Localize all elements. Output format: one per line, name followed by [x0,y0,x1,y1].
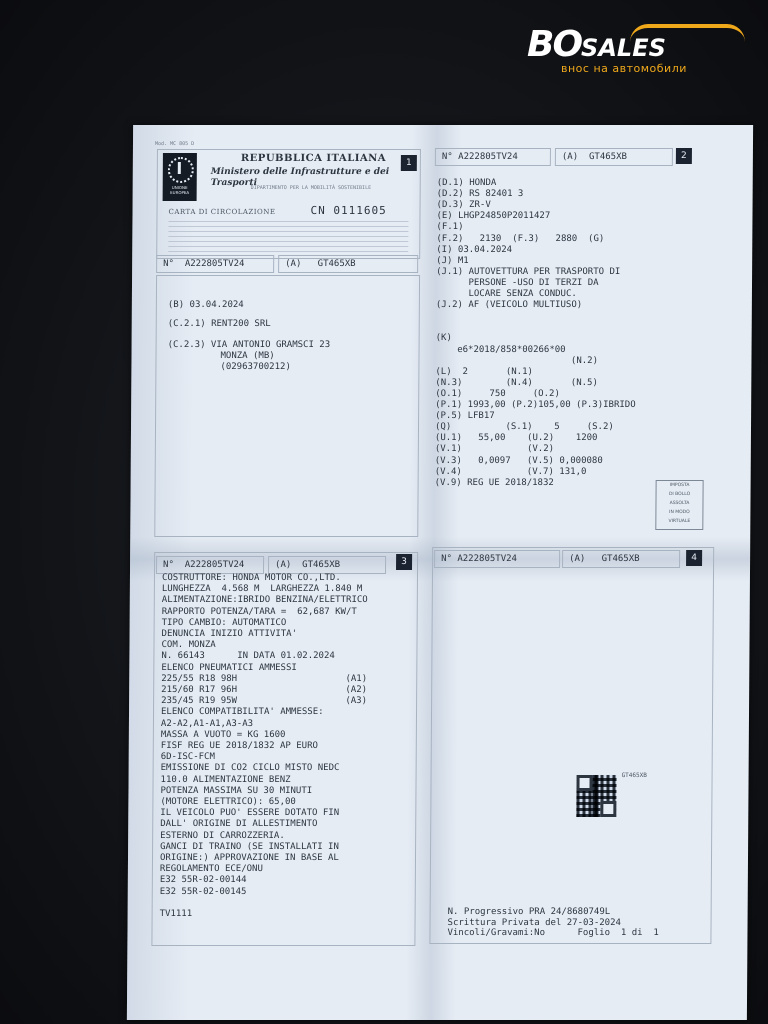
virtual-stamp-box: IMPOSTADI BOLLOASSOLTAIN MODOVIRTUALE [655,480,703,530]
page-badge: 4 [686,550,702,566]
vehicle-data-line: (J.1) AUTOVETTURA PER TRASPORTO DI [436,267,620,278]
logo-wordmark: BOSALES [527,24,666,65]
vehicle-registration-document: Mod. MC 805 D UNIONE EUROPEA REPUBBLICA … [127,125,753,1020]
vehicle-data-line: (P.1) 1993,00 (P.2)105,00 (P.3)IBRIDO [435,400,636,411]
technical-note-line: FISF REG UE 2018/1832 AP EURO [161,741,318,752]
technical-note-line: REGOLAMENTO ECE/ONU [160,864,263,875]
vehicle-data-line: (D.3) ZR-V [437,200,491,211]
vehicle-data-line: (J) M1 [436,256,469,267]
vehicle-data-line: (L) 2 (N.1) [435,367,533,378]
vehicle-data-line: e6*2018/858*00266*00 [436,345,566,356]
vehicle-data-line: (N.2) [435,356,598,367]
technical-note-line: 215/60 R17 96H (A2) [161,685,367,696]
stamp-text: ASSOLTA [656,499,702,508]
technical-note-line: DENUNCIA INIZIO ATTIVITA' [162,629,298,640]
technical-note-line: RAPPORTO POTENZA/TARA = 62,687 KW/T [162,607,357,618]
vehicle-data-line: (K) [436,333,452,344]
vehicle-data-line: (P.5) LFB17 [435,411,495,422]
plate-box: (A) GT465XB [268,556,386,574]
vehicle-data-line: (V.9) REG UE 2018/1832 [435,478,554,489]
page-badge: 1 [401,155,417,171]
technical-note-line: IL VEICOLO PUO' ESSERE DOTATO FIN [160,808,339,819]
stamp-text: IN MODO [656,508,702,517]
technical-note-line: TV1111 [160,909,193,920]
technical-note-line: ESTERNO DI CARROZZERIA. [160,831,285,842]
technical-note-line: ELENCO PNEUMATICI AMMESSI [161,663,297,674]
number-box: N° A222805TV24 [435,148,551,166]
plate-box: (A) GT465XB [555,148,673,166]
vehicle-data-line: LOCARE SENZA CONDUC. [436,289,577,300]
vehicle-data-line: (V.1) (V.2) [435,444,554,455]
technical-note-line: ORIGINE:) APPROVAZIONE IN BASE AL [160,853,339,864]
field-tax-code: (02963700212) [220,362,291,373]
number-box: N° A222805TV24 [156,255,274,273]
technical-note-line: E32 55R-02-00144 [160,875,247,886]
stamp-text: DI BOLLO [657,490,703,499]
page-badge: 3 [396,554,412,570]
technical-note-line: MASSA A VUOTO = KG 1600 [161,730,286,741]
fine-print [168,221,408,255]
eu-emblem-icon: UNIONE EUROPEA [163,153,197,201]
field-city: MONZA (MB) [220,351,274,362]
plate-box: (A) GT465XB [562,550,680,568]
technical-note-line: 6D-ISC-FCM [161,752,215,763]
number-box: N° A222805TV24 [156,556,264,574]
vehicle-data-line: PERSONE -USO DI TERZI DA [436,278,599,289]
technical-note-line: E32 55R-02-00145 [160,887,247,898]
stamp-text: VIRTUALE [656,517,702,526]
technical-note-line: (MOTORE ELETTRICO): 65,00 [160,797,296,808]
vehicle-data-line: (O.1) 750 (O.2) [435,389,560,400]
technical-note-line: 235/45 R19 95W (A3) [161,696,367,707]
number-box: N° A222805TV24 [434,550,560,568]
vehicle-data-line: (D.1) HONDA [437,178,497,189]
page-badge: 2 [676,148,692,164]
vehicle-data-line: (Q) (S.1) 5 (S.2) [435,422,614,433]
technical-note-line: 110.0 ALIMENTAZIONE BENZ [161,775,291,786]
vehicle-data-line: (I) 03.04.2024 [436,245,512,256]
technical-note-line: EMISSIONE DI CO2 CICLO MISTO NEDC [161,763,340,774]
technical-note-line: COM. MONZA [161,640,215,651]
page-3: N° A222805TV24 (A) GT465XB 3 COSTRUTTORE… [145,550,423,950]
vehicle-data-line: (E) LHGP24850P2011427 [436,211,550,222]
logo-tagline: внос на автомобили [561,62,687,75]
bo-sales-logo: BOSALES внос на автомобили [525,20,750,80]
technical-note-line: TIPO CAMBIO: AUTOMATICO [162,618,287,629]
carta-label: CARTA DI CIRCOLAZIONE [168,207,275,218]
qr-code-icon [576,775,616,817]
field-c21: (C.2.1) RENT200 SRL [168,319,271,330]
vehicle-data-line: (D.2) RS 82401 3 [437,189,524,200]
vehicle-data-line: (F.1) [436,222,463,233]
technical-note-line: LUNGHEZZA 4.568 M LARGHEZZA 1.840 M [162,584,363,595]
technical-note-line: N. 66143 IN DATA 01.02.2024 [161,651,334,662]
cn-number: CN 0111605 [310,205,386,216]
technical-note-line: ALIMENTAZIONE:IBRIDO BENZINA/ELETTRICO [162,595,368,606]
footer-line: Vincoli/Gravami:No Foglio 1 di 1 [447,928,658,939]
department: DIPARTIMENTO PER LA MOBILITÀ SOSTENIBILE [251,183,372,194]
field-c23: (C.2.3) VIA ANTONIO GRAMSCI 23 [168,340,331,351]
technical-note-line: POTENZA MASSIMA SU 30 MINUTI [160,786,312,797]
vehicle-data-line: (V.4) (V.7) 131,0 [435,467,587,478]
technical-note-line: GANCI DI TRAINO (SE INSTALLATI IN [160,842,339,853]
plate-box: (A) GT465XB [278,255,418,273]
page-4: N° A222805TV24 (A) GT465XB 4 GT465XB N. … [427,545,715,950]
vehicle-data-line: (V.3) 0,0097 (V.5) 0,000080 [435,456,603,467]
stamp-text: IMPOSTA [657,481,703,490]
field-b: (B) 03.04.2024 [168,300,244,311]
qr-label: GT465XB [622,770,647,781]
vehicle-data-line: (N.3) (N.4) (N.5) [435,378,598,389]
vehicle-data-line: (U.1) 55,00 (U.2) 1200 [435,433,598,444]
technical-note-line: A2-A2,A1-A1,A3-A3 [161,719,253,730]
technical-note-line: ELENCO COMPATIBILITA' AMMESSE: [161,707,324,718]
vehicle-data-line: (F.2) 2130 (F.3) 2880 (G) [436,234,604,245]
technical-note-line: DALL' ORIGINE DI ALLESTIMENTO [160,819,317,830]
page-2: N° A222805TV24 (A) GT465XB 2 (D.1) HONDA… [430,140,718,540]
vehicle-data-line: (J.2) AF (VEICOLO MULTIUSO) [436,300,582,311]
page-1: Mod. MC 805 D UNIONE EUROPEA REPUBBLICA … [148,135,426,540]
technical-note-line: COSTRUTTORE: HONDA MOTOR CO.,LTD. [162,573,341,584]
technical-note-line: 225/55 R18 98H (A1) [161,674,367,685]
republic-title: REPUBBLICA ITALIANA [241,153,386,164]
